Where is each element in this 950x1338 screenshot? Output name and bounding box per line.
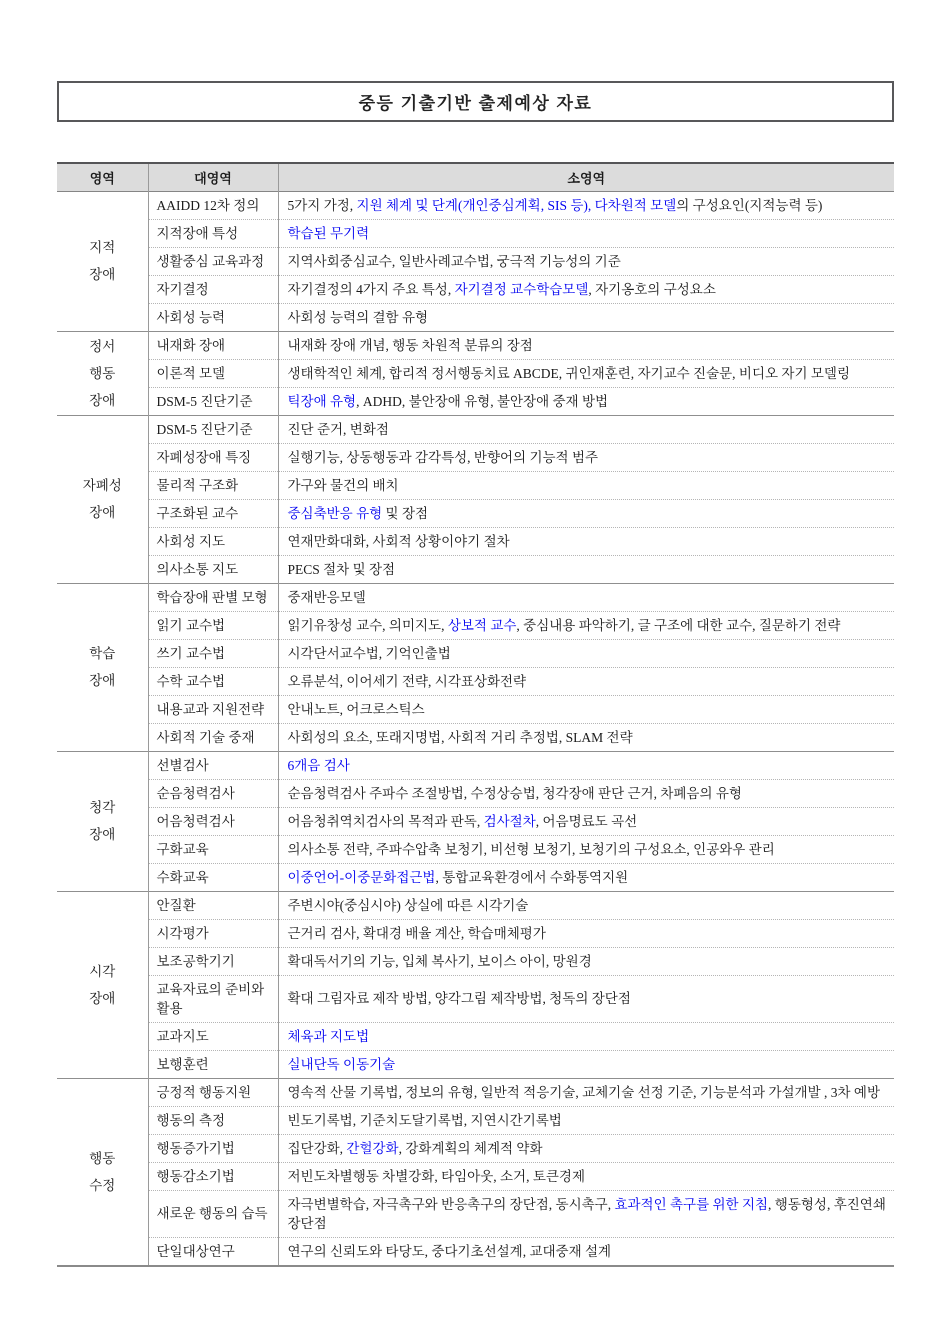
area-line: 지적: [89, 240, 115, 255]
sub-cell: 어음청취역치검사의 목적과 판독, 검사절차, 어음명료도 곡선: [278, 807, 894, 835]
major-cell: 사회성 능력: [148, 303, 278, 331]
sub-cell: 저빈도차별행동 차별강화, 타임아웃, 소거, 토큰경제: [278, 1162, 894, 1190]
table-section: 정서행동장애내재화 장애내재화 장애 개념, 행동 차원적 분류의 장점이론적 …: [57, 331, 894, 415]
major-cell: 생활중심 교육과정: [148, 247, 278, 275]
sub-cell: 사회성 능력의 결함 유형: [278, 303, 894, 331]
area-cell: 행동수정: [57, 1078, 148, 1266]
sub-text: 사회성 능력의 결함 유형: [288, 310, 429, 325]
sub-cell: 5가지 가정, 지원 체계 및 단계(개인중심계획, SIS 등), 다차원적 …: [278, 191, 894, 219]
sub-cell: 자기결정의 4가지 주요 특성, 자기결정 교수학습모델, 자기옹호의 구성요소: [278, 275, 894, 303]
sub-cell: 진단 준거, 변화점: [278, 415, 894, 443]
title-box: 중등 기출기반 출제예상 자료: [57, 81, 894, 122]
sub-text-highlight: 실내단독 이동기술: [288, 1057, 396, 1072]
sub-cell: PECS 절차 및 장점: [278, 555, 894, 583]
header-area: 영역: [57, 163, 148, 191]
table-row: 시각장애안질환주변시야(중심시야) 상실에 따른 시각기술: [57, 891, 894, 919]
table-row: 순음청력검사순음청력검사 주파수 조절방법, 수정상승법, 청각장애 판단 근거…: [57, 779, 894, 807]
major-cell: 사회성 지도: [148, 527, 278, 555]
major-cell: 행동증가기법: [148, 1134, 278, 1162]
major-cell: 긍정적 행동지원: [148, 1078, 278, 1106]
major-cell: 지적장애 특성: [148, 219, 278, 247]
table-row: 행동증가기법집단강화, 간헐강화, 강화계획의 체계적 약화: [57, 1134, 894, 1162]
sub-cell: 확대독서기의 기능, 입체 복사기, 보이스 아이, 망원경: [278, 947, 894, 975]
sub-text-highlight: 자기결정 교수학습모델: [455, 282, 589, 297]
major-cell: 사회적 기술 중재: [148, 723, 278, 751]
sub-text: 확대독서기의 기능, 입체 복사기, 보이스 아이, 망원경: [288, 954, 592, 969]
table-row: 행동의 측정빈도기록법, 기준치도달기록법, 지연시간기록법: [57, 1106, 894, 1134]
table-row: 새로운 행동의 습득자극변별학습, 자극촉구와 반응촉구의 장단점, 동시촉구,…: [57, 1190, 894, 1237]
area-line: 청각: [89, 800, 115, 815]
sub-cell: 중심축반응 유형 및 장점: [278, 499, 894, 527]
sub-text-highlight: 학습된 무기력: [288, 226, 370, 241]
table-row: 구조화된 교수중심축반응 유형 및 장점: [57, 499, 894, 527]
table-row: 사회성 지도연재만화대화, 사회적 상황이야기 절차: [57, 527, 894, 555]
table-section: 학습장애학습장애 판별 모형중재반응모델읽기 교수법읽기유창성 교수, 의미지도…: [57, 583, 894, 751]
major-cell: 안질환: [148, 891, 278, 919]
table-row: 청각장애선별검사6개음 검사: [57, 751, 894, 779]
major-cell: 내재화 장애: [148, 331, 278, 359]
sub-cell: 의사소통 전략, 주파수압축 보청기, 비선형 보청기, 보청기의 구성요소, …: [278, 835, 894, 863]
major-cell: 구조화된 교수: [148, 499, 278, 527]
area-line: 행동: [89, 366, 115, 381]
area-line: 장애: [89, 393, 115, 408]
table-section: 시각장애안질환주변시야(중심시야) 상실에 따른 시각기술시각평가근거리 검사,…: [57, 891, 894, 1078]
table-row: 자폐성장애 특징실행기능, 상동행동과 감각특성, 반향어의 기능적 범주: [57, 443, 894, 471]
area-cell: 시각장애: [57, 891, 148, 1078]
sub-text: , 어음명료도 곡선: [536, 814, 637, 829]
sub-cell: 체육과 지도법: [278, 1022, 894, 1050]
area-line: 장애: [89, 827, 115, 842]
sub-text: 중재반응모델: [288, 590, 366, 605]
sub-text: 영속적 산물 기록법, 정보의 유형, 일반적 적응기술, 교체기술 선정 기준…: [288, 1085, 881, 1100]
document-page: 중등 기출기반 출제예상 자료 영역 대영역 소영역 지적장애AAIDD 12차…: [57, 81, 894, 1267]
major-cell: 이론적 모델: [148, 359, 278, 387]
table-row: 구화교육의사소통 전략, 주파수압축 보청기, 비선형 보청기, 보청기의 구성…: [57, 835, 894, 863]
sub-text: 빈도기록법, 기준치도달기록법, 지연시간기록법: [288, 1113, 562, 1128]
major-cell: 보조공학기기: [148, 947, 278, 975]
major-cell: 읽기 교수법: [148, 611, 278, 639]
header-sub: 소영역: [278, 163, 894, 191]
area-line: 학습: [89, 646, 115, 661]
sub-cell: 시각단서교수법, 기억인출법: [278, 639, 894, 667]
major-cell: 교과지도: [148, 1022, 278, 1050]
sub-text: PECS 절차 및 장점: [288, 562, 396, 577]
table-row: 수학 교수법오류분석, 이어세기 전략, 시각표상화전략: [57, 667, 894, 695]
sub-cell: 사회성의 요소, 또래지명법, 사회적 거리 추정법, SLAM 전략: [278, 723, 894, 751]
sub-cell: 6개음 검사: [278, 751, 894, 779]
sub-cell: 빈도기록법, 기준치도달기록법, 지연시간기록법: [278, 1106, 894, 1134]
table-row: 사회성 능력사회성 능력의 결함 유형: [57, 303, 894, 331]
sub-text: 오류분석, 이어세기 전략, 시각표상화전략: [288, 674, 527, 689]
table-row: 수화교육이중언어-이중문화접근법, 통합교육환경에서 수화통역지원: [57, 863, 894, 891]
sub-text: 시각단서교수법, 기억인출법: [288, 646, 451, 661]
sub-text-highlight: 6개음 검사: [288, 758, 350, 773]
sub-text: 자극변별학습, 자극촉구와 반응촉구의 장단점, 동시촉구,: [288, 1197, 615, 1212]
title-table-gap: [57, 122, 894, 162]
page-title: 중등 기출기반 출제예상 자료: [359, 89, 593, 114]
major-cell: 교육자료의 준비와 활용: [148, 975, 278, 1022]
sub-text-highlight: 중심축반응 유형: [288, 506, 383, 521]
sub-cell: 오류분석, 이어세기 전략, 시각표상화전략: [278, 667, 894, 695]
sub-text: , 자기옹호의 구성요소: [588, 282, 716, 297]
sub-cell: 생태학적인 체계, 합리적 정서행동치료 ABCDE, 귀인재훈련, 자기교수 …: [278, 359, 894, 387]
sub-cell: 이중언어-이중문화접근법, 통합교육환경에서 수화통역지원: [278, 863, 894, 891]
sub-cell: 학습된 무기력: [278, 219, 894, 247]
table-row: 행동감소기법저빈도차별행동 차별강화, 타임아웃, 소거, 토큰경제: [57, 1162, 894, 1190]
sub-cell: 연재만화대화, 사회적 상황이야기 절차: [278, 527, 894, 555]
sub-cell: 안내노트, 어크로스틱스: [278, 695, 894, 723]
major-cell: 순음청력검사: [148, 779, 278, 807]
table-section: 청각장애선별검사6개음 검사순음청력검사순음청력검사 주파수 조절방법, 수정상…: [57, 751, 894, 891]
major-cell: 행동감소기법: [148, 1162, 278, 1190]
area-cell: 지적장애: [57, 191, 148, 331]
major-cell: 자기결정: [148, 275, 278, 303]
sub-text: 저빈도차별행동 차별강화, 타임아웃, 소거, 토큰경제: [288, 1169, 586, 1184]
table-row: DSM-5 진단기준틱장애 유형, ADHD, 불안장애 유형, 불안장애 중재…: [57, 387, 894, 415]
sub-text: 5가지 가정,: [288, 198, 357, 213]
sub-text: , 강화계획의 체계적 약화: [399, 1141, 543, 1156]
sub-text: 어음청취역치검사의 목적과 판독,: [288, 814, 484, 829]
sub-text: 주변시야(중심시야) 상실에 따른 시각기술: [288, 898, 529, 913]
major-cell: 의사소통 지도: [148, 555, 278, 583]
sub-text: 읽기유창성 교수, 의미지도,: [288, 618, 448, 633]
sub-text: 자기결정의 4가지 주요 특성,: [288, 282, 455, 297]
sub-text: 실행기능, 상동행동과 감각특성, 반향어의 기능적 범주: [288, 450, 599, 465]
sub-text: 순음청력검사 주파수 조절방법, 수정상승법, 청각장애 판단 근거, 차폐음의…: [288, 786, 742, 801]
major-cell: 구화교육: [148, 835, 278, 863]
sub-text: 근거리 검사, 확대경 배율 계산, 학습매체평가: [288, 926, 546, 941]
table-row: 이론적 모델생태학적인 체계, 합리적 정서행동치료 ABCDE, 귀인재훈련,…: [57, 359, 894, 387]
major-cell: 학습장애 판별 모형: [148, 583, 278, 611]
table-row: 보조공학기기확대독서기의 기능, 입체 복사기, 보이스 아이, 망원경: [57, 947, 894, 975]
sub-cell: 확대 그림자료 제작 방법, 양각그림 제작방법, 청독의 장단점: [278, 975, 894, 1022]
table-row: 지적장애 특성학습된 무기력: [57, 219, 894, 247]
major-cell: AAIDD 12차 정의: [148, 191, 278, 219]
sub-text-highlight: 상보적 교수: [448, 618, 517, 633]
table-row: 시각평가근거리 검사, 확대경 배율 계산, 학습매체평가: [57, 919, 894, 947]
table-section: 지적장애AAIDD 12차 정의5가지 가정, 지원 체계 및 단계(개인중심계…: [57, 191, 894, 331]
area-cell: 청각장애: [57, 751, 148, 891]
sub-cell: 가구와 물건의 배치: [278, 471, 894, 499]
sub-text-highlight: 체육과 지도법: [288, 1029, 370, 1044]
area-line: 장애: [89, 673, 115, 688]
table-row: 읽기 교수법읽기유창성 교수, 의미지도, 상보적 교수, 중심내용 파악하기,…: [57, 611, 894, 639]
table-row: 정서행동장애내재화 장애내재화 장애 개념, 행동 차원적 분류의 장점: [57, 331, 894, 359]
table-row: 생활중심 교육과정지역사회중심교수, 일반사례교수법, 궁극적 기능성의 기준: [57, 247, 894, 275]
sub-text-highlight: 검사절차: [484, 814, 536, 829]
table-row: 사회적 기술 중재사회성의 요소, 또래지명법, 사회적 거리 추정법, SLA…: [57, 723, 894, 751]
sub-cell: 지역사회중심교수, 일반사례교수법, 궁극적 기능성의 기준: [278, 247, 894, 275]
table-row: 교육자료의 준비와 활용확대 그림자료 제작 방법, 양각그림 제작방법, 청독…: [57, 975, 894, 1022]
major-cell: 단일대상연구: [148, 1237, 278, 1266]
sub-cell: 내재화 장애 개념, 행동 차원적 분류의 장점: [278, 331, 894, 359]
sub-cell: 연구의 신뢰도와 타당도, 중다기초선설계, 교대중재 설계: [278, 1237, 894, 1266]
area-line: 정서: [89, 339, 115, 354]
major-cell: 선별검사: [148, 751, 278, 779]
major-cell: 어음청력검사: [148, 807, 278, 835]
table-row: 의사소통 지도PECS 절차 및 장점: [57, 555, 894, 583]
area-line: 장애: [89, 505, 115, 520]
table-row: 행동수정긍정적 행동지원영속적 산물 기록법, 정보의 유형, 일반적 적응기술…: [57, 1078, 894, 1106]
table-row: 내용교과 지원전략안내노트, 어크로스틱스: [57, 695, 894, 723]
sub-cell: 순음청력검사 주파수 조절방법, 수정상승법, 청각장애 판단 근거, 차폐음의…: [278, 779, 894, 807]
sub-text: 진단 준거, 변화점: [288, 422, 389, 437]
table-row: 보행훈련실내단독 이동기술: [57, 1050, 894, 1078]
major-cell: DSM-5 진단기준: [148, 415, 278, 443]
area-line: 장애: [89, 991, 115, 1006]
sub-cell: 실행기능, 상동행동과 감각특성, 반향어의 기능적 범주: [278, 443, 894, 471]
table-row: 어음청력검사어음청취역치검사의 목적과 판독, 검사절차, 어음명료도 곡선: [57, 807, 894, 835]
major-cell: 수화교육: [148, 863, 278, 891]
sub-cell: 중재반응모델: [278, 583, 894, 611]
sub-text: 및 장점: [382, 506, 428, 521]
sub-text-highlight: 이중언어-이중문화접근법: [288, 870, 436, 885]
header-major: 대영역: [148, 163, 278, 191]
table-row: 교과지도체육과 지도법: [57, 1022, 894, 1050]
sub-text: 가구와 물건의 배치: [288, 478, 399, 493]
sub-cell: 주변시야(중심시야) 상실에 따른 시각기술: [278, 891, 894, 919]
sub-cell: 실내단독 이동기술: [278, 1050, 894, 1078]
sub-text: 연재만화대화, 사회적 상황이야기 절차: [288, 534, 510, 549]
sub-text: 확대 그림자료 제작 방법, 양각그림 제작방법, 청독의 장단점: [288, 991, 631, 1006]
table-section: 행동수정긍정적 행동지원영속적 산물 기록법, 정보의 유형, 일반적 적응기술…: [57, 1078, 894, 1266]
major-cell: 수학 교수법: [148, 667, 278, 695]
sub-text-highlight: 간헐강화: [346, 1141, 398, 1156]
sub-cell: 자극변별학습, 자극촉구와 반응촉구의 장단점, 동시촉구, 효과적인 촉구를 …: [278, 1190, 894, 1237]
table-row: 물리적 구조화가구와 물건의 배치: [57, 471, 894, 499]
major-cell: 보행훈련: [148, 1050, 278, 1078]
table-row: 쓰기 교수법시각단서교수법, 기억인출법: [57, 639, 894, 667]
sub-text: 집단강화,: [288, 1141, 347, 1156]
sub-text: 지역사회중심교수, 일반사례교수법, 궁극적 기능성의 기준: [288, 254, 621, 269]
major-cell: 자폐성장애 특징: [148, 443, 278, 471]
major-cell: 내용교과 지원전략: [148, 695, 278, 723]
major-cell: 새로운 행동의 습득: [148, 1190, 278, 1237]
sub-text: 사회성의 요소, 또래지명법, 사회적 거리 추정법, SLAM 전략: [288, 730, 633, 745]
sub-cell: 읽기유창성 교수, 의미지도, 상보적 교수, 중심내용 파악하기, 글 구조에…: [278, 611, 894, 639]
table-header: 영역 대영역 소영역: [57, 163, 894, 191]
table-row: 단일대상연구연구의 신뢰도와 타당도, 중다기초선설계, 교대중재 설계: [57, 1237, 894, 1266]
table-row: 자폐성장애DSM-5 진단기준진단 준거, 변화점: [57, 415, 894, 443]
major-cell: 물리적 구조화: [148, 471, 278, 499]
major-cell: DSM-5 진단기준: [148, 387, 278, 415]
sub-text: , ADHD, 불안장애 유형, 불안장애 중재 방법: [356, 394, 608, 409]
area-cell: 정서행동장애: [57, 331, 148, 415]
table-row: 자기결정자기결정의 4가지 주요 특성, 자기결정 교수학습모델, 자기옹호의 …: [57, 275, 894, 303]
area-line: 수정: [89, 1178, 115, 1193]
sub-text-highlight: 틱장애 유형: [288, 394, 357, 409]
sub-text: , 중심내용 파악하기, 글 구조에 대한 교수, 질문하기 전략: [516, 618, 840, 633]
sub-text: , 통합교육환경에서 수화통역지원: [435, 870, 628, 885]
exam-topics-table: 영역 대영역 소영역 지적장애AAIDD 12차 정의5가지 가정, 지원 체계…: [57, 162, 894, 1267]
table-row: 학습장애학습장애 판별 모형중재반응모델: [57, 583, 894, 611]
table-row: 지적장애AAIDD 12차 정의5가지 가정, 지원 체계 및 단계(개인중심계…: [57, 191, 894, 219]
sub-text: 의 구성요인(지적능력 등): [676, 198, 822, 213]
major-cell: 시각평가: [148, 919, 278, 947]
sub-cell: 영속적 산물 기록법, 정보의 유형, 일반적 적응기술, 교체기술 선정 기준…: [278, 1078, 894, 1106]
area-line: 행동: [89, 1151, 115, 1166]
area-line: 시각: [89, 964, 115, 979]
sub-text: 연구의 신뢰도와 타당도, 중다기초선설계, 교대중재 설계: [288, 1244, 612, 1259]
area-line: 자폐성: [83, 478, 122, 493]
sub-cell: 근거리 검사, 확대경 배율 계산, 학습매체평가: [278, 919, 894, 947]
area-cell: 학습장애: [57, 583, 148, 751]
sub-text: 생태학적인 체계, 합리적 정서행동치료 ABCDE, 귀인재훈련, 자기교수 …: [288, 366, 850, 381]
table-section: 자폐성장애DSM-5 진단기준진단 준거, 변화점자폐성장애 특징실행기능, 상…: [57, 415, 894, 583]
sub-text: 내재화 장애 개념, 행동 차원적 분류의 장점: [288, 338, 533, 353]
major-cell: 쓰기 교수법: [148, 639, 278, 667]
sub-text-highlight: 효과적인 촉구를 위한 지침: [614, 1197, 768, 1212]
major-cell: 행동의 측정: [148, 1106, 278, 1134]
area-line: 장애: [89, 267, 115, 282]
sub-cell: 집단강화, 간헐강화, 강화계획의 체계적 약화: [278, 1134, 894, 1162]
sub-cell: 틱장애 유형, ADHD, 불안장애 유형, 불안장애 중재 방법: [278, 387, 894, 415]
sub-text: 안내노트, 어크로스틱스: [288, 702, 425, 717]
area-cell: 자폐성장애: [57, 415, 148, 583]
sub-text-highlight: 지원 체계 및 단계(개인중심계획, SIS 등), 다차원적 모델: [357, 198, 677, 213]
sub-text: 의사소통 전략, 주파수압축 보청기, 비선형 보청기, 보청기의 구성요소, …: [288, 842, 775, 857]
